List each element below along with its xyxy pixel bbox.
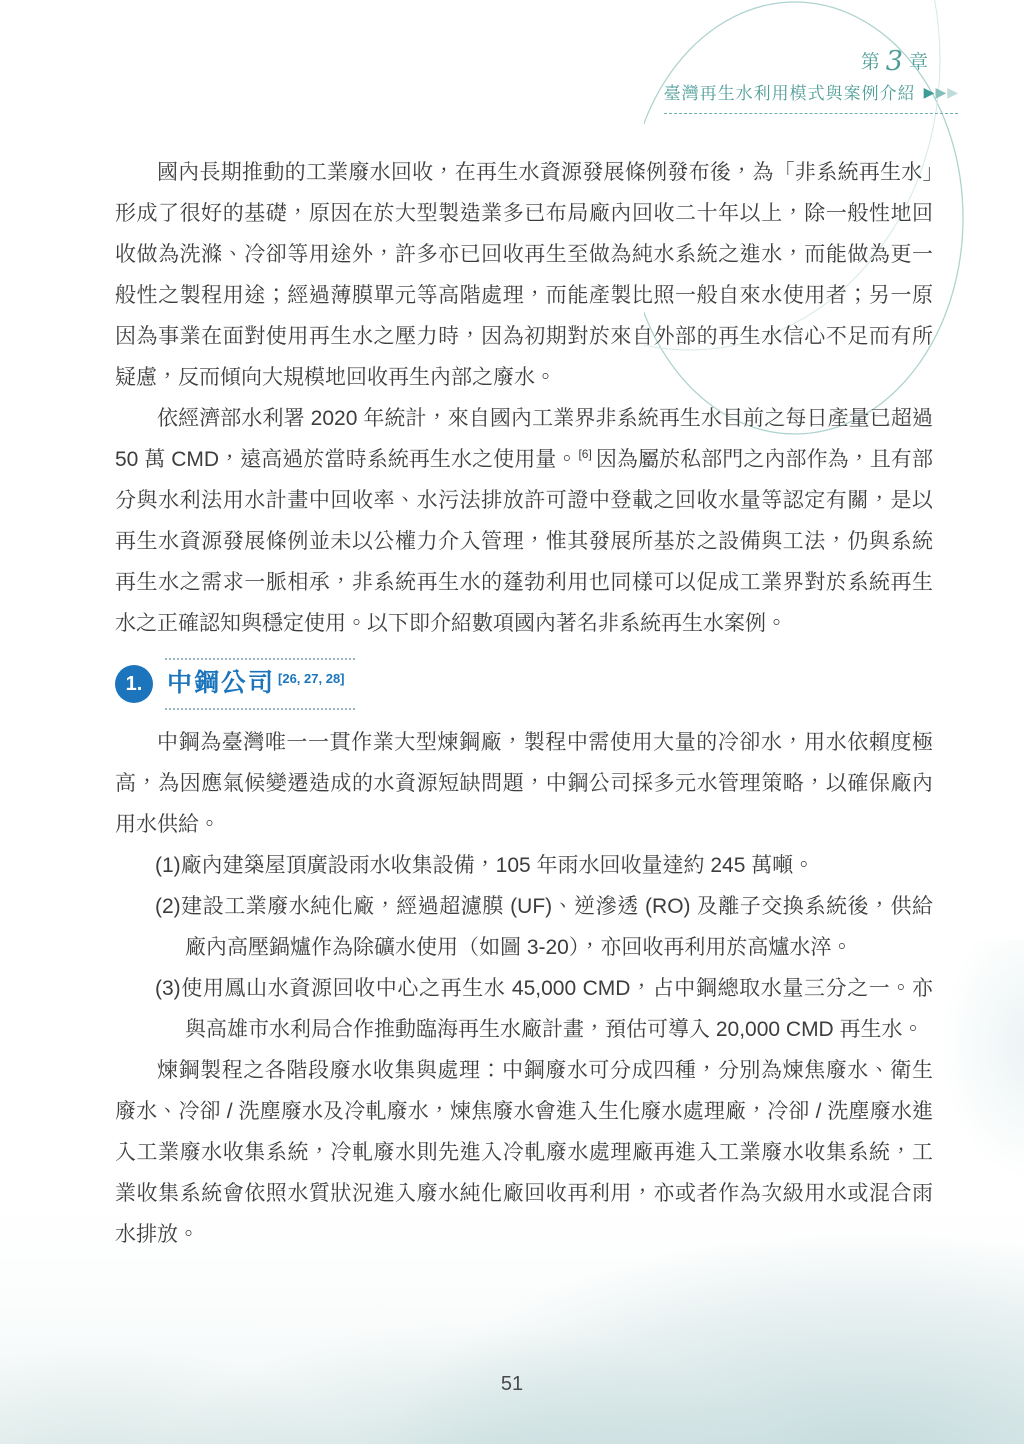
list-item-text: 廠內建築屋頂廣設雨水收集設備，105 年雨水回收量達約 245 萬噸。 <box>181 854 815 877</box>
list-item-marker: (2) <box>155 895 181 918</box>
list-item-marker: (1) <box>155 854 181 877</box>
chapter-subtitle-row: 臺灣再生水利用模式與案例介紹 ▶▶▶ <box>664 79 958 114</box>
list-item: (1)廠內建築屋頂廣設雨水收集設備，105 年雨水回收量達約 245 萬噸。 <box>115 845 933 886</box>
chapter-suffix: 章 <box>909 52 930 73</box>
chapter-subtitle: 臺灣再生水利用模式與案例介紹 <box>664 79 916 104</box>
chapter-prefix: 第 <box>861 52 882 73</box>
section-number-badge: 1. <box>115 665 153 703</box>
paragraph-csc-overview: 中鋼為臺灣唯一一貫作業大型煉鋼廠，製程中需使用大量的冷卻水，用水依賴度極高，為因… <box>115 722 933 845</box>
paragraph-wastewater-process: 煉鋼製程之各階段廢水收集與處理：中鋼廢水可分成四種，分別為煉焦廢水、衛生廢水、冷… <box>115 1050 933 1255</box>
list-item-text: 建設工業廢水純化廠，經過超濾膜 (UF)、逆滲透 (RO) 及離子交換系統後，供… <box>181 895 933 959</box>
chapter-number-line: 第3章 <box>664 44 958 75</box>
chapter-header: 第3章 臺灣再生水利用模式與案例介紹 ▶▶▶ <box>664 44 958 114</box>
list-item-text: 使用鳳山水資源回收中心之再生水 45,000 CMD，占中鋼總取水量三分之一。亦… <box>181 977 933 1041</box>
section-heading-csc: 1. 中鋼公司[26, 27, 28] <box>115 658 933 710</box>
list-item-marker: (3) <box>155 977 181 1000</box>
body-text: 國內長期推動的工業廢水回收，在再生水資源發展條例發布後，為「非系統再生水」形成了… <box>115 152 933 1255</box>
list-item: (2)建設工業廢水純化廠，經過超濾膜 (UF)、逆滲透 (RO) 及離子交換系統… <box>115 886 933 968</box>
page-footer: 51 <box>0 1373 1024 1396</box>
chapter-number: 3 <box>886 46 905 77</box>
paragraph-statistics-text-cont: 因為屬於私部門之內部作為，且有部分與水利法用水計畫中回收率、水污法排放許可證中登… <box>115 448 933 635</box>
paragraph-statistics: 依經濟部水利署 2020 年統計，來自國內工業界非系統再生水目前之每日產量已超過… <box>115 398 933 644</box>
section-title: 中鋼公司 <box>167 669 275 697</box>
page-number: 51 <box>501 1373 523 1395</box>
section-refs: [26, 27, 28] <box>278 671 345 686</box>
footnote-ref-6: [6] <box>578 447 591 461</box>
forward-arrows-icon: ▶▶▶ <box>924 85 958 99</box>
section-title-box: 中鋼公司[26, 27, 28] <box>165 658 355 710</box>
measure-list: (1)廠內建築屋頂廣設雨水收集設備，105 年雨水回收量達約 245 萬噸。 (… <box>115 845 933 1050</box>
paragraph-intro: 國內長期推動的工業廢水回收，在再生水資源發展條例發布後，為「非系統再生水」形成了… <box>115 152 933 398</box>
document-page: 第3章 臺灣再生水利用模式與案例介紹 ▶▶▶ 國內長期推動的工業廢水回收，在再生… <box>0 0 1024 1444</box>
list-item: (3)使用鳳山水資源回收中心之再生水 45,000 CMD，占中鋼總取水量三分之… <box>115 968 933 1050</box>
